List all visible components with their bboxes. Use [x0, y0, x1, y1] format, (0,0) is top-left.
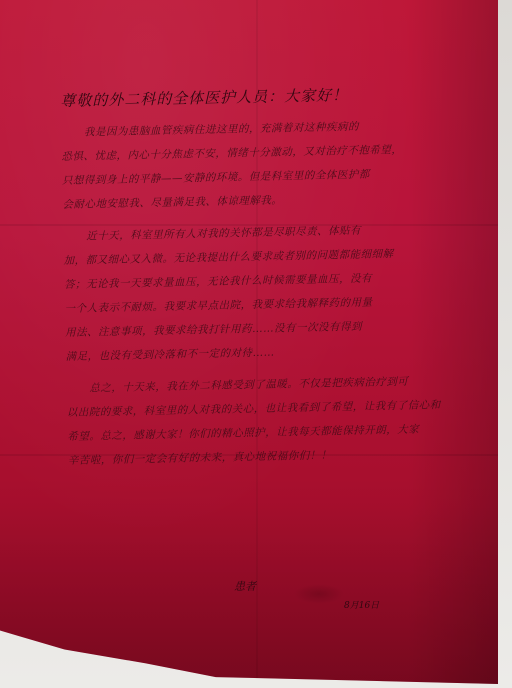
red-letter-paper: 尊敬的外二科的全体医护人员：大家好！ 我是因为患脑血管疾病住进这里的，充满着对这… — [0, 0, 498, 684]
letter-signature: 患者 — [234, 578, 256, 594]
letter-salutation: 尊敬的外二科的全体医护人员：大家好！ — [60, 82, 450, 111]
letter-paragraph: 总之，十天来，我在外二科感受到了温暖。不仅是把疾病治疗到可 以出院的要求，科室里… — [66, 369, 458, 473]
ink-smudge — [294, 584, 344, 604]
letter-paragraph: 近十天，科室里所有人对我的关怀都是尽职尽责、体贴有 加，都又细心又入微。无论我提… — [63, 217, 456, 369]
photo-scene: 尊敬的外二科的全体医护人员：大家好！ 我是因为患脑血管疾病住进这里的，充满着对这… — [0, 0, 512, 688]
paper-shadow — [0, 504, 498, 684]
letter-date: 8月16日 — [344, 598, 379, 611]
letter-body: 尊敬的外二科的全体医护人员：大家好！ 我是因为患脑血管疾病住进这里的，充满着对这… — [60, 82, 458, 481]
letter-paragraph: 我是因为患脑血管疾病住进这里的，充满着对这种疾病的 恐惧、忧虑，内心十分焦虑不安… — [61, 113, 453, 217]
